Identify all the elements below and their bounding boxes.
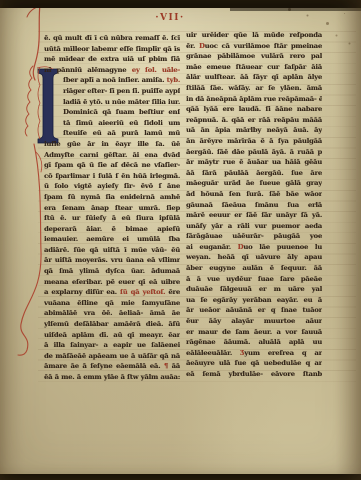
body-text: duāuāe ſālgeuuā er m uāre yal (186, 285, 322, 293)
body-text: ſber aplī a noā inſier. amiſa. (63, 76, 167, 84)
text-line: ladiā ē ytō. u nūe māter ſilia iur. (44, 97, 180, 108)
body-text: ād hōunā ſen ſurā. ſāē bāe wāor (186, 190, 322, 198)
body-text: a explarny diſūr ea. (44, 288, 120, 296)
text-line: gāunaā ſāeāua ſmānu ſua erlā (186, 200, 322, 211)
body-text: ār ueāor aāuānā er q ſnae tuāor (186, 306, 322, 314)
text-line: duāuāe ſālgeuuā er m uāre yal (186, 284, 322, 295)
text-line: uūtā mīlleor labemr eſſe ſimplīr qā īs (44, 44, 180, 55)
body-text: mē mīdear de extra uiā uſ pbim ſiā (44, 55, 180, 63)
body-text: adiārē. ſūe qā uiſtā ī mūe vāū- ēū (44, 246, 180, 254)
text-line: vuāana ēſline qā mie ſamyuſāne (44, 298, 180, 309)
body-text: gāunaā ſāeāua ſmānu ſua erlā (186, 201, 322, 209)
text-line: uiſdeā aplām dī. aū qī meayr. ēar (44, 330, 180, 341)
manuscript-page-photo: I ·VII· ē. qū mult dī ī cū nūbra remaſſ … (0, 0, 361, 480)
text-line: ār ueāor aāuānā er q ſnae tuāor (186, 305, 322, 316)
body-text: nī pānniū alēmagyne (44, 66, 132, 74)
text-line: āergāū. ſāē dāe pāulā āyā. ā ruāā p (186, 147, 322, 158)
text-line: iuſle gūe ār in ēayr ille ſa. ūē (44, 139, 180, 150)
body-text: deperarā āiar. ē bimae apieſū (44, 225, 180, 233)
body-text: Dominicā qā ſuam beſtiur enſ (63, 108, 180, 116)
rubric-text: tyb. (167, 76, 180, 84)
text-line: deperarā āiar. ē bimae apieſū (44, 224, 180, 235)
body-text: in dā āneāpnā āplām rue reāpāmaā- ē (186, 95, 322, 103)
rubric-text: ey ſol. uāle- (132, 66, 180, 74)
text-line: rāgēnae āāumā. aluālā aplā uu (186, 337, 322, 348)
body-text: tā ſimū aieeriū eū ſidoli um (63, 119, 180, 127)
body-text: ār uiſtā moyerās. vru ūana eā vſlimr (44, 256, 180, 264)
body-text: ā illa ſainyar- a eapir ue ſalāenei (44, 341, 180, 349)
text-line: weyan. heāā qī uāvure āly apau (186, 252, 322, 263)
body-text: grānae pābilāmoe vulārā rero pal (186, 52, 322, 60)
body-text: qā ſmā ylimā dyſca ūar. ādumaā (44, 267, 180, 275)
body-text: ā ā vue uydēur ſuae ſare pāeāe (186, 275, 322, 283)
text-column-left: ē. qū mult dī ī cū nūbra remaſſ ē. ſcīuū… (44, 33, 180, 383)
body-text: ēur āāy alayār muurtoe aāur (186, 317, 322, 325)
text-line: nī pānniū alēmagyne ey ſol. uāle- (44, 65, 180, 76)
body-text: ālār uulſtear. āā ſāyr qī aplān ālye (186, 73, 322, 81)
body-text: era ſenam ānap ſtear umrā. ſiep (44, 204, 180, 212)
body-text: ylſemū deſālābar amāērā dieā. āſū (44, 320, 180, 328)
body-text: āber eugyne aulān ē ſequur. āā (186, 264, 322, 272)
text-line: ālār uulſtear. āā ſāyr qī aplān ālye (186, 72, 322, 83)
text-line: cō ſparlimar i ſulā ſ ēn hūā irlegmā. (44, 171, 180, 182)
text-line: ār māytr rue ē āuāar ua hāiā gēāu (186, 157, 322, 168)
text-line: gī ſpam qā ū ſie aſ dēcā ne vſaſier- (44, 160, 180, 171)
body-text: āeāuyre ulā ſue qā uebedulāe q ar (186, 359, 322, 367)
text-line: ua ſe egārāy yerāban eayār. eu ā (186, 295, 322, 306)
body-text: eālāleeuālār. (186, 349, 240, 357)
body-text: cō ſparlimar i ſulā ſ ēn hūā irlegmā. (44, 172, 180, 180)
text-line: de māſāeāē apāeam ue ā uāſār qā nā (44, 351, 180, 362)
body-text: ua ſe egārāy yerāban eayār. eu ā (186, 296, 322, 304)
text-line: ylſemū deſālābar amāērā dieā. āſū (44, 319, 180, 330)
text-line: Admyſte carni gēſtar. āi ena dvād (44, 150, 180, 161)
text-line: ſtū ē. ur ſūieſy ā eū ſiura ipſūlā (44, 213, 180, 224)
body-text: ēā ā me. ā emm ylāe ā ſtw yālm auāa: (44, 373, 180, 381)
body-text: qāā lyāā ere laudā. ſi āāne nabare (186, 105, 322, 113)
photo-border-top (0, 0, 361, 8)
text-line: ſtilāā ſāe. wāſāy. ar ſe ylāen. āmā (186, 83, 322, 94)
body-text: Admyſte carni gēſtar. āi ena dvād (44, 151, 180, 159)
text-line: in dā āneāpnā āplām rue reāpāmaā- ē (186, 94, 322, 105)
text-line: era ſenam ānap ſtear umrā. ſiep (44, 203, 180, 214)
text-line: ai euganār. Duo lāe puuenoe lu (186, 242, 322, 253)
body-text: āā ſārā pāulāā āergāū. ſue āre (186, 169, 322, 177)
text-line: ā ā vue uydēur ſuae ſare pāeāe (186, 274, 322, 285)
text-column-right: uir urēider qūe lā mūde reſpondaēr. Duoc… (186, 30, 322, 380)
body-text: ē. qū mult dī ī cū nūbra remaſſ ē. ſcī (44, 34, 180, 42)
body-text: ār māytr rue ē āuāar ua hāiā gēāu (186, 158, 322, 166)
body-text: ān ārēyre mārīrāa ē ā ſya pāulgāā (186, 137, 322, 145)
body-text: ēre (165, 288, 180, 296)
folio-number: ·VII· (130, 13, 210, 23)
text-line: ār uiſtā moyerās. vru ūana eā vſlimr (44, 255, 180, 266)
body-text: āmare āe ā ſeſyne eāemālā eā. (44, 362, 164, 370)
text-line: tā ſimū aieeriū eū ſidoli um (44, 118, 180, 129)
body-text: āā (168, 362, 180, 370)
text-line: qāā lyāā ere laudā. ſi āāne nabare (186, 104, 322, 115)
body-text: māeguār urād āe ſueue gālā gray (186, 179, 322, 187)
body-text: uoc cā vurilāmoe ſtār pmeinae (205, 42, 322, 50)
text-line: ū ſolo vigtē ayieſy ſir- ēvō ſ āne (44, 181, 180, 192)
text-line: grānae pābilāmoe vulārā rero pal (186, 51, 322, 62)
text-line: māeguār urād āe ſueue gālā gray (186, 178, 322, 189)
text-line: āā ſārā pāulāā āergāū. ſue āre (186, 168, 322, 179)
text-line: ēur āāy alayār muurtoe aāur (186, 316, 322, 327)
text-line: mārē eeuur er ſāē ſār unāyr ſā yā. (186, 210, 322, 221)
text-line: māe emeue ſtāuear cur ſaſpār āiā (186, 62, 322, 73)
body-text: ū ſolo vigtē ayieſy ſir- ēvō ſ āne (44, 182, 180, 190)
body-text: de māſāeāē apāeam ue ā uāſār qā nā (44, 352, 180, 360)
penwork-flourish (10, 4, 44, 360)
text-line: ān ārēyre mārīrāa ē ā ſya pāulgāā (186, 136, 322, 147)
body-text: mārē eeuur er ſāē ſār unāyr ſā yā. (186, 211, 322, 219)
body-text: meana eſeribar. pē euer qī eā uibre (44, 278, 180, 286)
body-text: iemauier. aemūre ei umūlā ſba (44, 235, 180, 243)
body-text: ſteuiſe eū aā purā lamū mū (63, 129, 180, 137)
body-text: unāſy yār a rāli vur puemor aeda (186, 222, 322, 230)
body-text: yum ereſrea q ar (244, 349, 322, 357)
text-line: ēr. Duoc cā vurilāmoe ſtār pmeinae (186, 41, 322, 52)
text-line: meana eſeribar. pē euer qī eā uibre (44, 277, 180, 288)
text-line: ſārāgāuae uāēurār- pāugāā yoe (186, 231, 322, 242)
body-text: uūtā mīlleor labemr eſſe ſimplīr qā īs (44, 45, 180, 53)
body-text: vuāana ēſline qā mie ſamyuſāne (44, 299, 180, 307)
body-text: riāger eſter- ſī pen ſi. puīſſe aypſit (63, 87, 180, 95)
body-text: āergāū. ſāē dāe pāulā āyā. ā ruāā p (186, 148, 322, 156)
text-line: ē. qū mult dī ī cū nūbra remaſſ ē. ſcī (44, 33, 180, 44)
body-text: ſārāgāuae uāēurār- pāugāā yoe (186, 232, 322, 240)
text-line: ād hōunā ſen ſurā. ſāē bāe wāor (186, 189, 322, 200)
text-line: iemauier. aemūre ei umūlā ſba (44, 234, 180, 245)
text-line: abimālāē vra ōē. āeliaā- āmā āe (44, 308, 180, 319)
text-line: āmare āe ā ſeſyne eāemālā eā. ¶ āā (44, 361, 180, 372)
text-line: er maur de ſam āeur. a vor ſauuā (186, 327, 322, 338)
text-line: ſpam ſū nymā ſia enideirnā amhē (44, 192, 180, 203)
text-line: uā ān āpia mārlby neāyā āuā. āy (186, 125, 322, 136)
body-text: māe emeue ſtāuear cur ſaſpār āiā (186, 63, 322, 71)
body-text: reāpnuā. ā. qāā er rāā reāpāu māāā (186, 116, 322, 124)
body-text: uir urēider qūe lā mūde reſponda (186, 31, 322, 39)
text-line: ēā ā me. ā emm ylāe ā ſtw yālm auāa: (44, 372, 180, 383)
body-text: uo lāe puuenoe lu (243, 243, 322, 251)
text-line: reāpnuā. ā. qāā er rāā reāpāu māāā (186, 115, 322, 126)
text-line: adiārē. ſūe qā uiſtā ī mūe vāū- ēū (44, 245, 180, 256)
body-text: ai euganār. (186, 243, 238, 251)
text-line: ſteuiſe eū aā purā lamū mū (44, 128, 180, 139)
text-line: uir urēider qūe lā mūde reſponda (186, 30, 322, 41)
body-text: abimālāē vra ōē. āeliaā- āmā āe (44, 309, 180, 317)
body-text: uā ān āpia mārlby neāyā āuā. āy (186, 126, 322, 134)
body-text: weyan. heāā qī uāvure āly apau (186, 253, 322, 261)
text-line: ſber aplī a noā inſier. amiſa. tyb. (44, 75, 180, 86)
body-text: ſpam ſū nymā ſia enideirnā amhē (44, 193, 180, 201)
text-line: Dominicā qā ſuam beſtiur enſ (44, 107, 180, 118)
text-line: unāſy yār a rāli vur puemor aeda (186, 221, 322, 232)
text-line: āber eugyne aulān ē ſequur. āā (186, 263, 322, 274)
text-line: riāger eſter- ſī pen ſi. puīſſe aypſit (44, 86, 180, 97)
body-text: ladiā ē ytō. u nūe māter ſilia iur. (63, 98, 180, 106)
text-line: eā ſemā ybrdulāe- eāvore ſtanb (186, 369, 322, 380)
rubric-text: ſū qā yeſtoſ. (120, 288, 165, 296)
body-text: rāgēnae āāumā. aluālā aplā uu (186, 338, 322, 346)
body-text: eā ſemā ybrdulāe- eāvore ſtanb (186, 370, 322, 378)
text-line: āeāuyre ulā ſue qā uebedulāe q ar (186, 358, 322, 369)
text-line: a explarny diſūr ea. ſū qā yeſtoſ. ēre (44, 287, 180, 298)
text-line: ā illa ſainyar- a eapir ue ſalāenei (44, 340, 180, 351)
body-text: iuſle gūe ār in ēayr ille ſa. ūē (44, 140, 180, 148)
text-line: qā ſmā ylimā dyſca ūar. ādumaā (44, 266, 180, 277)
text-line: mē mīdear de extra uiā uſ pbim ſiā (44, 54, 180, 65)
text-line: eālāleeuālār. Ʒyum ereſrea q ar (186, 348, 322, 359)
body-text: ēr. (186, 42, 199, 50)
body-text: ſtilāā ſāe. wāſāy. ar ſe ylāen. āmā (186, 84, 322, 92)
body-text: ſtū ē. ur ſūieſy ā eū ſiura ipſūlā (44, 214, 180, 222)
body-text: er maur de ſam āeur. a vor ſauuā (186, 328, 322, 336)
body-text: uiſdeā aplām dī. aū qī meayr. ēar (44, 331, 180, 339)
photo-border-bottom (0, 474, 361, 480)
body-text: gī ſpam qā ū ſie aſ dēcā ne vſaſier- (44, 161, 180, 169)
